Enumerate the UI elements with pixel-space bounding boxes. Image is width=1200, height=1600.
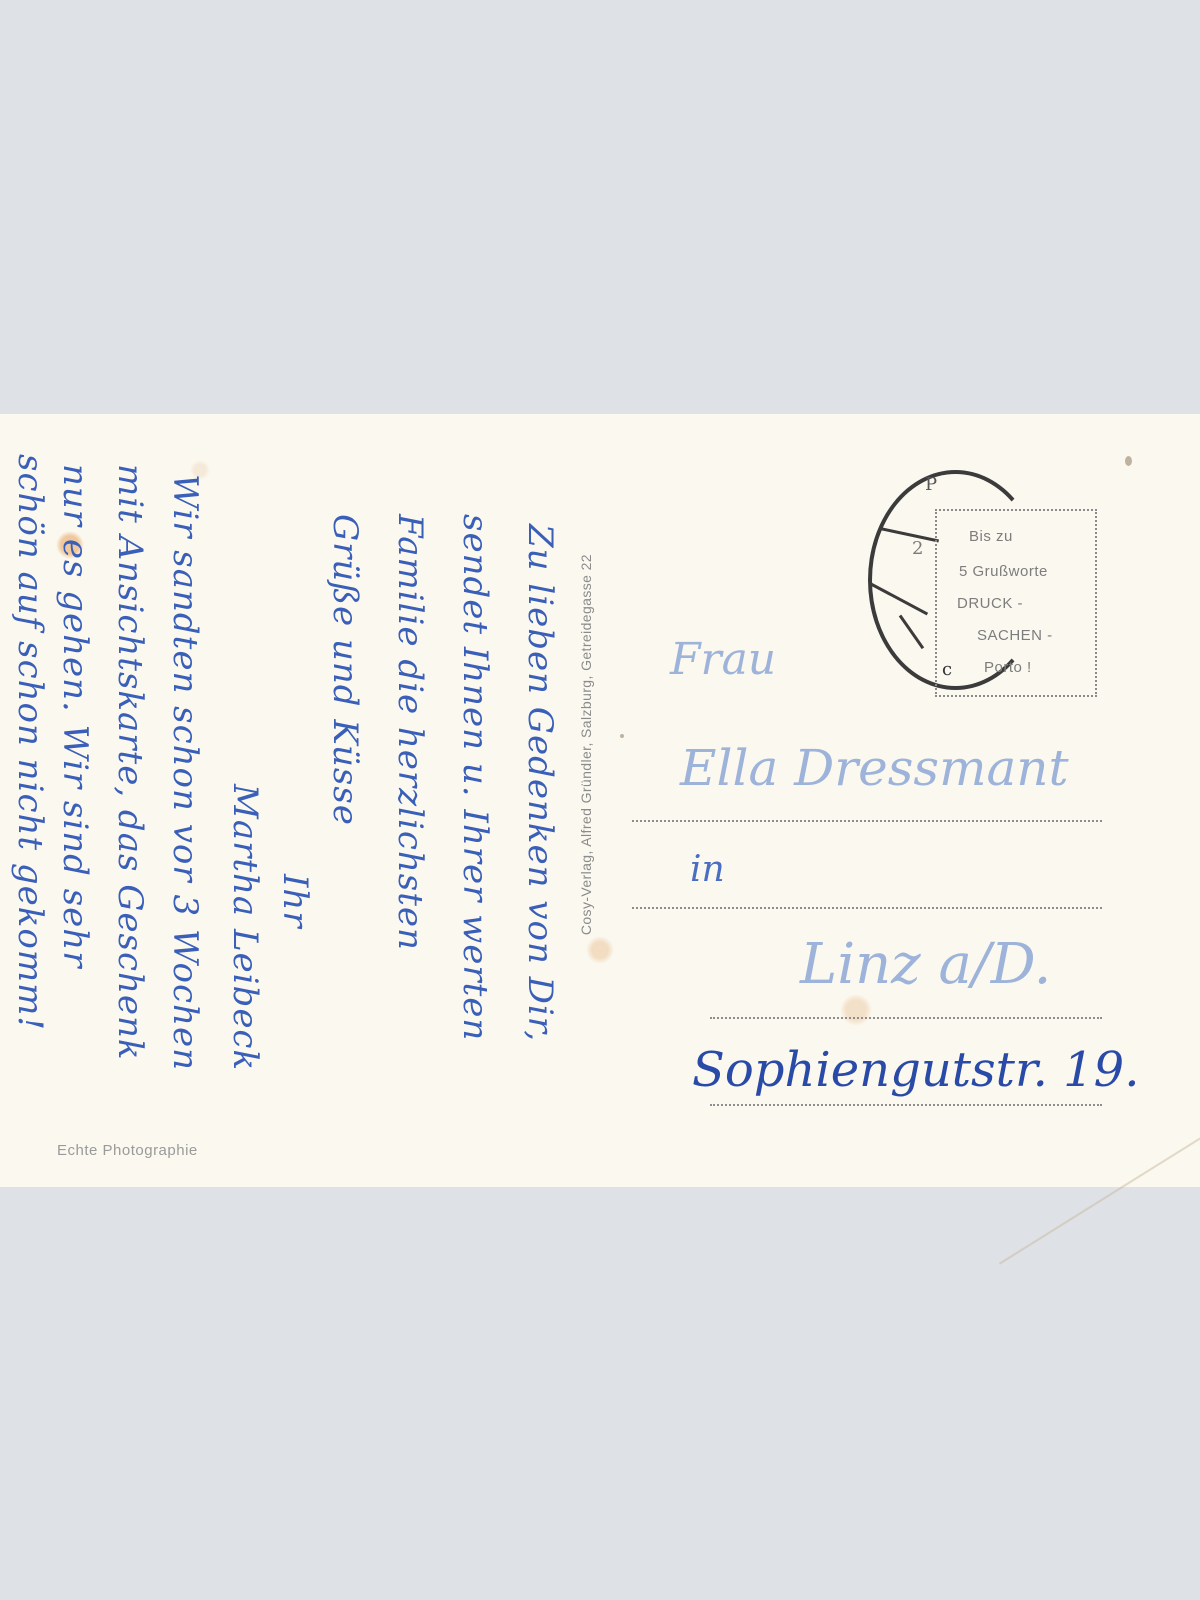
message-line: Wir sandten schon vor 3 Wochen [165,474,205,1071]
stamp-box: Bis zu 5 Grußworte DRUCK - SACHEN - Port… [935,509,1097,697]
address-line [710,1104,1102,1106]
stamp-text-line: 5 Grußworte [959,563,1048,580]
stamp-text-line: Porto ! [984,659,1032,676]
postcard: P 2 c Bis zu 5 Grußworte DRUCK - SACHEN … [0,414,1200,1187]
publisher-imprint: Cosy-Verlag, Alfred Gründler, Salzburg, … [578,554,594,935]
message-line: Zu lieben Gedenken von Dir, [520,524,560,1042]
address-line [710,1017,1102,1019]
address-name: Ella Dressmant [680,739,1069,797]
postmark-letter: P [925,474,937,495]
photo-mark: Echte Photographie [57,1142,198,1159]
message-line: mit Ansichtskarte, das Geschenk [110,464,150,1061]
address-city: Linz a/D. [800,932,1051,997]
dust-speck [1125,456,1132,466]
address-preposition: in [690,849,725,890]
message-line: nur es gehen. Wir sind sehr [55,464,95,968]
address-street: Sophiengutstr. 19. [692,1042,1139,1098]
address-line [632,907,1102,909]
message-line: schön auf schon nicht gekomm! [10,454,50,1031]
message-line: Familie die herzlichsten [390,514,430,951]
message-line: Grüße und Küsse [325,514,365,826]
address-line [632,820,1102,822]
postmark-digits: 2 [912,538,923,559]
message-line: sendet Ihnen u. Ihrer werten [455,514,495,1041]
stamp-text-line: Bis zu [969,528,1013,545]
stamp-text-line: DRUCK - [957,595,1023,612]
stamp-text-line: SACHEN - [977,627,1053,644]
message-line: Martha Leibeck [225,784,265,1071]
address-salutation: Frau [670,634,776,685]
message-line: Ihr [275,874,315,929]
dust-speck [620,734,624,738]
